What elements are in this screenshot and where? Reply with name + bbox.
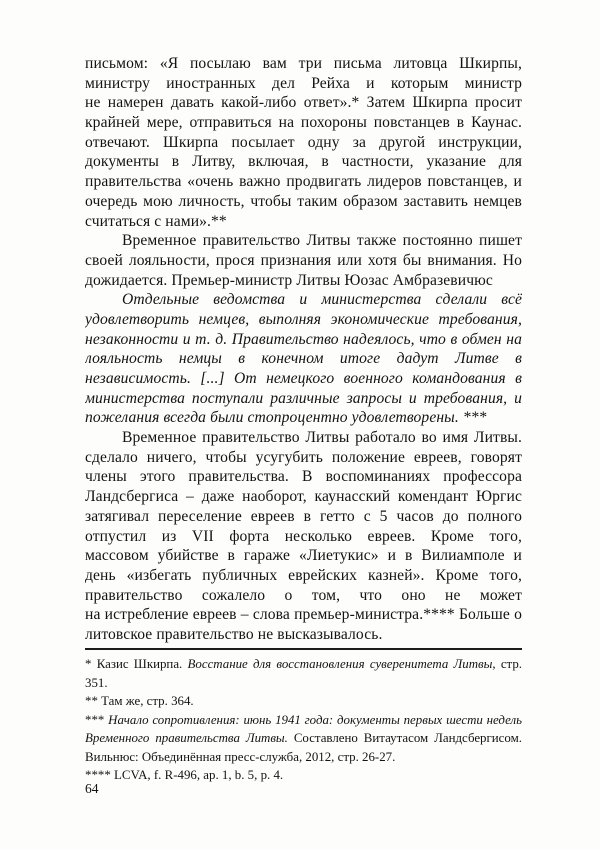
text-line: литовское правительство не высказывалось… — [85, 625, 522, 645]
footnote-separator — [85, 648, 522, 650]
text-line: Ландсбергиса – даже наоборот, каунасский… — [85, 487, 522, 507]
text-line: дожидается. Премьер-министр Литвы Юозас … — [85, 271, 522, 291]
text-line: Временное правительство Литвы работало в… — [85, 428, 522, 448]
text-line: документы в Литву, включая, в частности,… — [85, 152, 522, 172]
page-number: 64 — [85, 780, 99, 798]
text-line: удовлетворить немцев, выполняя экономиче… — [85, 310, 522, 330]
text-line: Временное правительство Литвы также пост… — [85, 231, 522, 251]
text-line: очередь мою личность, чтобы таким образо… — [85, 192, 522, 212]
text-line: Отдельные ведомства и министерства сдела… — [85, 290, 522, 310]
footnote-item: **** LCVA, f. R-496, ap. 1, b. 5, p. 4. — [85, 766, 522, 785]
text-line: лояльность немцы в конечном итоге дадут … — [85, 349, 522, 369]
footnotes: * Казис Шкирпа. Восстание для восстановл… — [85, 655, 522, 785]
footnote-item: *** Начало сопротивления: июнь 1941 года… — [85, 711, 522, 767]
paragraph: письмом: «Я посылаю вам три письма литов… — [85, 54, 522, 231]
text-line: сделало ничего, чтобы усугубить положени… — [85, 448, 522, 468]
text-line: на истребление евреев – слова премьер-ми… — [85, 605, 522, 625]
paragraph: Временное правительство Литвы также пост… — [85, 231, 522, 290]
text-line: министерства поступали различные запросы… — [85, 389, 522, 409]
footnote-block: * Казис Шкирпа. Восстание для восстановл… — [85, 648, 522, 785]
footnote-text: ** Там же, стр. 364. — [85, 694, 194, 708]
footnote-text: **** LCVA, f. R-496, ap. 1, b. 5, p. 4. — [85, 768, 283, 782]
text-line: считаться с нами».** — [85, 212, 522, 232]
footnote-item: * Казис Шкирпа. Восстание для восстановл… — [85, 655, 522, 692]
text-line: незаконности и т. д. Правительство надея… — [85, 330, 522, 350]
text-line: пожелания всегда были стопроцентно удовл… — [85, 408, 522, 428]
book-page: письмом: «Я посылаю вам три письма литов… — [0, 0, 600, 849]
text-line: правительство сожалело о том, что оно не… — [85, 586, 522, 606]
paragraph: Отдельные ведомства и министерства сдела… — [85, 290, 522, 428]
text-line: независимость. [...] От немецкого военно… — [85, 369, 522, 389]
text-line: отвечают. Шкирпа посылает одну за другой… — [85, 133, 522, 153]
text-line: день «избегать публичных еврейских казне… — [85, 566, 522, 586]
text-line: крайней мере, отправиться на похороны по… — [85, 113, 522, 133]
text-line: затягивал переселение евреев в гетто с 5… — [85, 507, 522, 527]
text-line: не намерен давать какой-либо ответ».* За… — [85, 93, 522, 113]
text-line: своей лояльности, прося признания или хо… — [85, 251, 522, 271]
footnote-text: * Казис Шкирпа. — [85, 657, 188, 671]
footnote-item: ** Там же, стр. 364. — [85, 692, 522, 711]
text-line: министру иностранных дел Рейха и которым… — [85, 74, 522, 94]
footnote-title-italic: Восстание для восстановления суверенитет… — [188, 657, 493, 671]
text-line: правительства «очень важно продвигать ли… — [85, 172, 522, 192]
text-line: члены этого правительства. В воспоминани… — [85, 467, 522, 487]
footnote-text: *** — [85, 713, 108, 727]
paragraph: Временное правительство Литвы работало в… — [85, 428, 522, 645]
text-column: письмом: «Я посылаю вам три письма литов… — [85, 54, 522, 645]
text-line: массовом убийстве в гараже «Лиетукис» и … — [85, 546, 522, 566]
text-line: письмом: «Я посылаю вам три письма литов… — [85, 54, 522, 74]
text-line: отпустил из VII форта несколько евреев. … — [85, 527, 522, 547]
